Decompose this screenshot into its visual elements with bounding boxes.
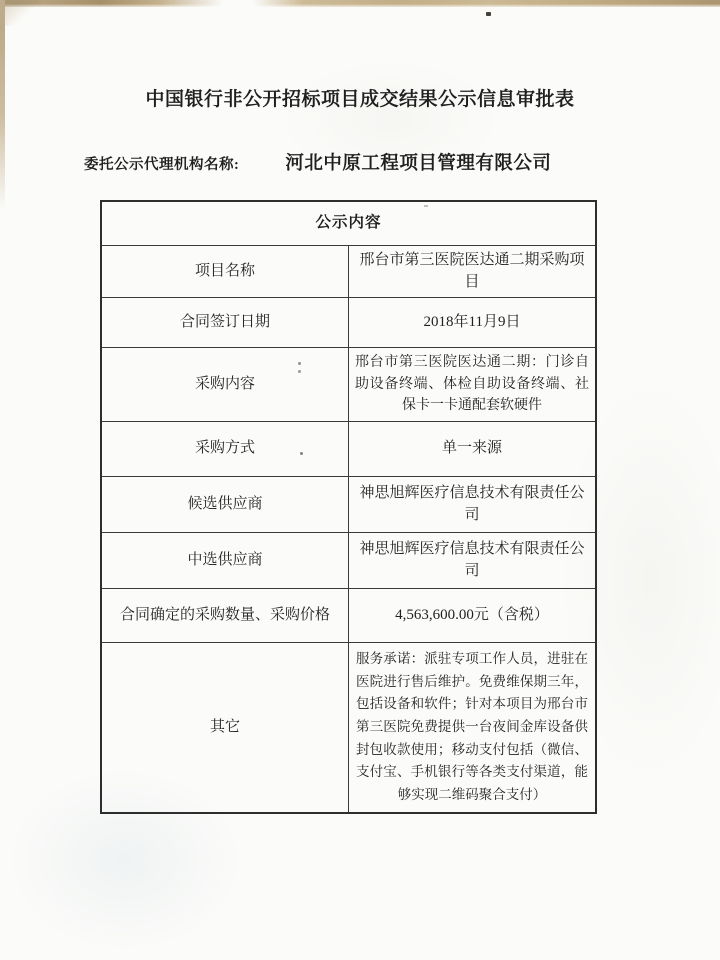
row-label: 候选供应商 — [101, 477, 349, 533]
row-value: 4,563,600.00元（含税） — [349, 589, 597, 643]
agency-line: 委托公示代理机构名称:河北中原工程项目管理有限公司 — [84, 149, 644, 175]
table-row-quantity-price: 合同确定的采购数量、采购价格 4,563,600.00元（含税） — [101, 589, 596, 643]
row-value: 单一来源 — [349, 422, 597, 477]
row-value: 邢台市第三医院医达通二期：门诊自助设备终端、体检自助设备终端、社保卡一卡通配套软… — [349, 348, 597, 422]
scanned-document-page: 中国银行非公开招标项目成交结果公示信息审批表 委托公示代理机构名称:河北中原工程… — [0, 0, 720, 960]
row-value: 神思旭辉医疗信息技术有限责任公司 — [349, 477, 597, 533]
scan-speck — [486, 12, 491, 16]
row-label: 采购内容 — [101, 348, 349, 422]
scanner-edge-corner — [0, 0, 34, 26]
row-label: 合同确定的采购数量、采购价格 — [101, 589, 349, 643]
row-label: 项目名称 — [101, 246, 349, 298]
table-row-other: 其它 服务承诺：派驻专项工作人员，进驻在医院进行售后维护。免费维保期三年，包括设… — [101, 643, 596, 813]
row-value: 2018年11月9日 — [349, 298, 597, 348]
table-row-procurement-content: 采购内容 邢台市第三医院医达通二期：门诊自助设备终端、体检自助设备终端、社保卡一… — [101, 348, 596, 422]
table-row-selected-supplier: 中选供应商 神思旭辉医疗信息技术有限责任公司 — [101, 533, 596, 589]
table-row-procurement-method: 采购方式 单一来源 — [101, 422, 596, 477]
row-label: 其它 — [101, 643, 349, 813]
row-label: 合同签订日期 — [101, 298, 349, 348]
table-row-project-name: 项目名称 邢台市第三医院医达通二期采购项目 — [101, 246, 596, 298]
table-row-contract-date: 合同签订日期 2018年11月9日 — [101, 298, 596, 348]
row-value: 邢台市第三医院医达通二期采购项目 — [349, 246, 597, 298]
table-header-row: 公示内容 — [101, 201, 596, 246]
publicity-info-table: 公示内容 项目名称 邢台市第三医院医达通二期采购项目 合同签订日期 2018年1… — [100, 200, 597, 814]
table-row-candidate-supplier: 候选供应商 神思旭辉医疗信息技术有限责任公司 — [101, 477, 596, 533]
row-value: 服务承诺：派驻专项工作人员，进驻在医院进行售后维护。免费维保期三年，包括设备和软… — [349, 643, 597, 813]
scanner-edge-top — [0, 0, 720, 7]
document-title: 中国银行非公开招标项目成交结果公示信息审批表 — [0, 84, 720, 111]
row-label: 中选供应商 — [101, 533, 349, 589]
table-header-cell: 公示内容 — [101, 201, 596, 246]
agency-name: 河北中原工程项目管理有限公司 — [285, 154, 551, 174]
row-label: 采购方式 — [101, 422, 349, 477]
agency-label: 委托公示代理机构名称: — [84, 157, 239, 173]
row-value: 神思旭辉医疗信息技术有限责任公司 — [349, 533, 597, 589]
